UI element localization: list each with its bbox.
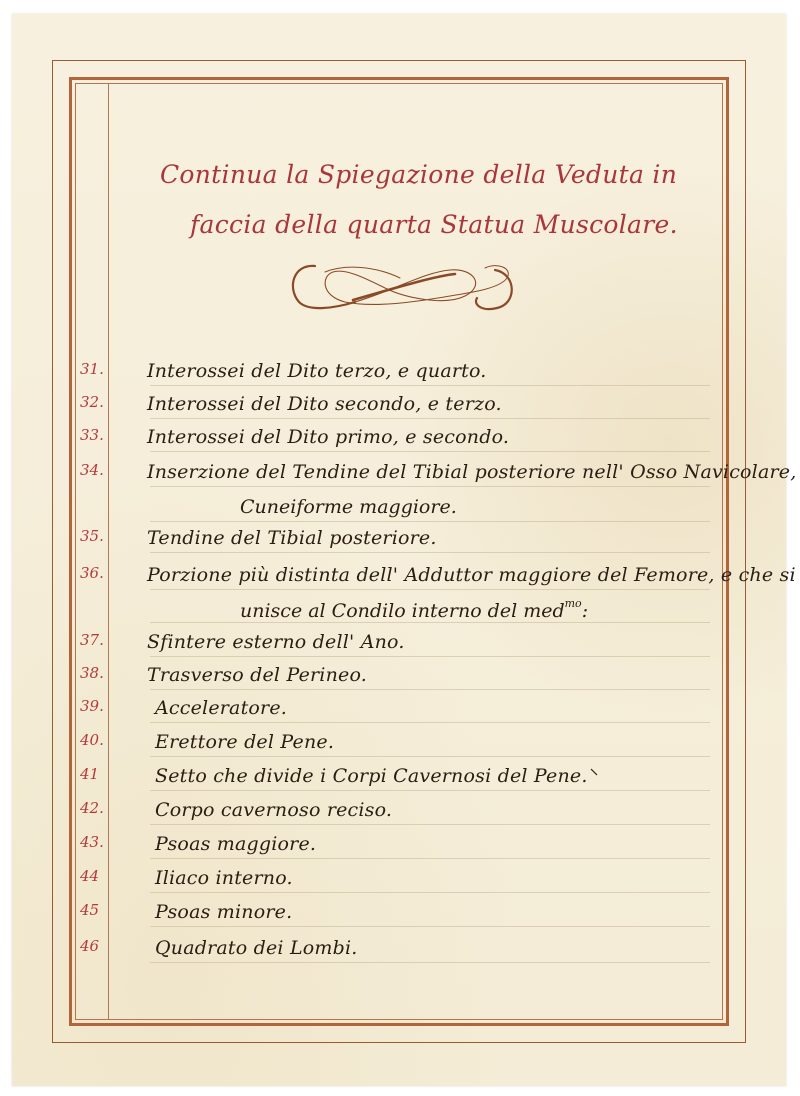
list-item: 38. Trasverso del Perineo.	[0, 664, 800, 698]
ruled-line	[150, 656, 710, 657]
entry-text: Interossei del Dito terzo, e quarto.	[147, 360, 487, 382]
list-item: 35. Tendine del Tibial posteriore.	[0, 527, 800, 561]
entry-text: Tendine del Tibial posteriore.	[147, 527, 437, 549]
list-item-continuation: unisce al Condilo interno del medmo:	[0, 597, 800, 631]
ruled-line	[150, 722, 710, 723]
entry-number: 40.	[80, 731, 106, 749]
ruled-line	[150, 622, 710, 623]
ruled-line	[150, 689, 710, 690]
entry-text: Erettore del Pene.	[155, 731, 334, 753]
entry-number: 46	[80, 937, 106, 955]
ruled-line	[150, 418, 710, 419]
ruled-line	[150, 858, 710, 859]
pen-stroke-mark-icon	[590, 768, 598, 776]
list-item: 34. Inserzione del Tendine del Tibial po…	[0, 461, 800, 495]
list-item: 44 Iliaco interno.	[0, 867, 800, 901]
ruled-line	[150, 486, 710, 487]
list-item: 37. Sfintere esterno dell' Ano.	[0, 631, 800, 665]
list-item: 33. Interossei del Dito primo, e secondo…	[0, 426, 800, 460]
entry-text: Interossei del Dito secondo, e terzo.	[147, 393, 502, 415]
ruled-line	[150, 451, 710, 452]
list-item: 36. Porzione più distinta dell' Adduttor…	[0, 564, 800, 598]
ruled-line	[150, 824, 710, 825]
continuation-end: :	[582, 600, 588, 622]
entry-number: 35.	[80, 527, 106, 545]
entry-list: 31. Interossei del Dito terzo, e quarto.…	[0, 0, 800, 1096]
entry-number: 31.	[80, 360, 106, 378]
ruled-line	[150, 521, 710, 522]
entry-text: Setto che divide i Corpi Cavernosi del P…	[155, 765, 588, 787]
ruled-line	[150, 589, 710, 590]
list-item: 32. Interossei del Dito secondo, e terzo…	[0, 393, 800, 427]
entry-text: Acceleratore.	[155, 697, 287, 719]
entry-text: Porzione più distinta dell' Adduttor mag…	[147, 564, 796, 586]
list-item: 41 Setto che divide i Corpi Cavernosi de…	[0, 765, 800, 799]
list-item-continuation: Cuneiforme maggiore.	[0, 496, 800, 530]
list-item: 40. Erettore del Pene.	[0, 731, 800, 765]
continuation-text: unisce al Condilo interno del med	[240, 600, 565, 622]
entry-number: 32.	[80, 393, 106, 411]
ruled-line	[150, 552, 710, 553]
entry-number: 36.	[80, 564, 106, 582]
entry-number: 45	[80, 901, 106, 919]
entry-text: Trasverso del Perineo.	[147, 664, 367, 686]
entry-number: 33.	[80, 426, 106, 444]
entry-number: 41	[80, 765, 106, 783]
ruled-line	[150, 756, 710, 757]
abbreviation-superscript: mo	[565, 597, 582, 610]
entry-text: Quadrato dei Lombi.	[155, 937, 358, 959]
list-item: 46 Quadrato dei Lombi.	[0, 937, 800, 971]
entry-number: 43.	[80, 833, 106, 851]
ruled-line	[150, 962, 710, 963]
entry-continuation: Cuneiforme maggiore.	[240, 496, 457, 518]
entry-number: 42.	[80, 799, 106, 817]
entry-text: Inserzione del Tendine del Tibial poster…	[147, 461, 800, 483]
list-item: 31. Interossei del Dito terzo, e quarto.	[0, 360, 800, 394]
entry-text: Iliaco interno.	[155, 867, 293, 889]
ruled-line	[150, 790, 710, 791]
ruled-line	[150, 385, 710, 386]
ruled-line	[150, 892, 710, 893]
entry-number: 39.	[80, 697, 106, 715]
entry-number: 34.	[80, 461, 106, 479]
list-item: 45 Psoas minore.	[0, 901, 800, 935]
entry-continuation: unisce al Condilo interno del medmo:	[240, 597, 588, 622]
entry-number: 38.	[80, 664, 106, 682]
list-item: 39. Acceleratore.	[0, 697, 800, 731]
entry-text: Psoas minore.	[155, 901, 292, 923]
entry-text: Interossei del Dito primo, e secondo.	[147, 426, 509, 448]
list-item: 42. Corpo cavernoso reciso.	[0, 799, 800, 833]
ruled-line	[150, 926, 710, 927]
entry-number: 44	[80, 867, 106, 885]
entry-text: Sfintere esterno dell' Ano.	[147, 631, 405, 653]
entry-text: Psoas maggiore.	[155, 833, 316, 855]
entry-number: 37.	[80, 631, 106, 649]
list-item: 43. Psoas maggiore.	[0, 833, 800, 867]
entry-text: Corpo cavernoso reciso.	[155, 799, 392, 821]
